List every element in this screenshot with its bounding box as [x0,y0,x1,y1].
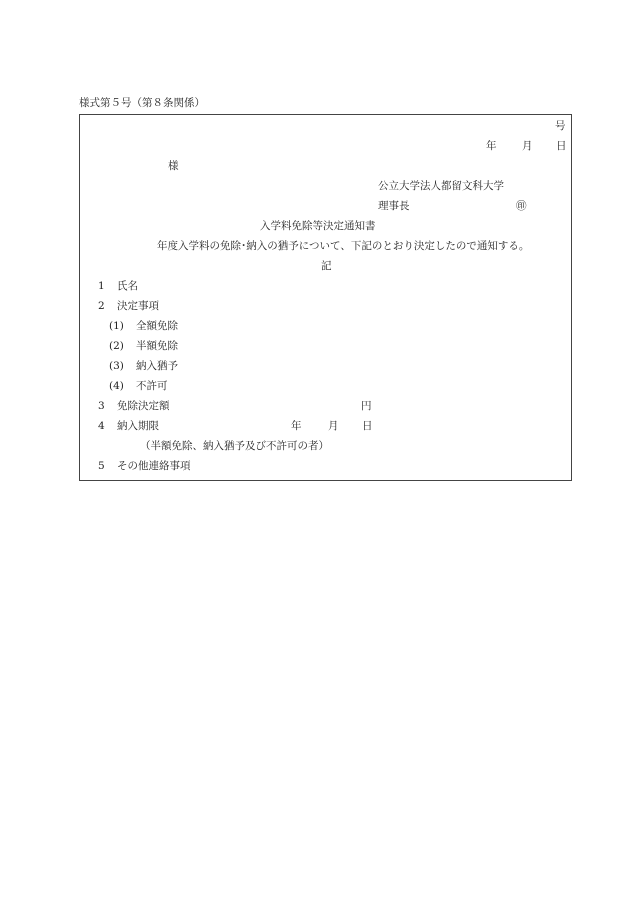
option-1-number: (1) [109,320,124,333]
seal-mark: ㊞ [516,200,527,213]
option-half-exemption: 半額免除 [136,340,178,353]
item-4-payment-deadline-label: 納入期限 [117,420,159,433]
date-year-label: 年 [486,140,497,153]
body-text: 年度入学料の免除･納入の猶予について、下記のとおり決定したので通知する。 [157,240,529,253]
deadline-month-label: 月 [328,420,339,433]
option-3-number: (3) [109,360,124,373]
issuer-organization: 公立大学法人都留文科大学 [378,180,504,193]
form-number-label: 様式第５号（第８条関係） [79,97,205,110]
document-number-label: 号 [555,120,566,133]
item-5-other-notes-label: その他連絡事項 [117,460,191,473]
item-3-exemption-amount-label: 免除決定額 [117,400,170,413]
date-day-label: 日 [556,140,567,153]
deadline-day-label: 日 [362,420,373,433]
deadline-note: （半額免除、納入猶予及び不許可の者） [140,440,329,453]
issuer-title: 理事長 [378,200,410,213]
item-5-number: 5 [98,460,105,473]
item-2-number: 2 [98,300,105,313]
option-2-number: (2) [109,340,124,353]
option-full-exemption: 全額免除 [136,320,178,333]
date-month-label: 月 [522,140,533,153]
ki-label: 記 [321,260,332,273]
addressee-suffix: 様 [168,160,179,173]
item-1-number: 1 [98,280,105,293]
item-3-number: 3 [98,400,105,413]
document-title: 入学料免除等決定通知書 [260,220,376,233]
item-1-name-label: 氏名 [117,280,138,293]
deadline-year-label: 年 [291,420,302,433]
option-4-number: (4) [109,380,124,393]
option-not-permitted: 不許可 [136,380,168,393]
yen-unit: 円 [361,400,372,413]
item-4-number: 4 [98,420,105,433]
option-payment-deferral: 納入猶予 [136,360,178,373]
item-2-decision-label: 決定事項 [117,300,159,313]
